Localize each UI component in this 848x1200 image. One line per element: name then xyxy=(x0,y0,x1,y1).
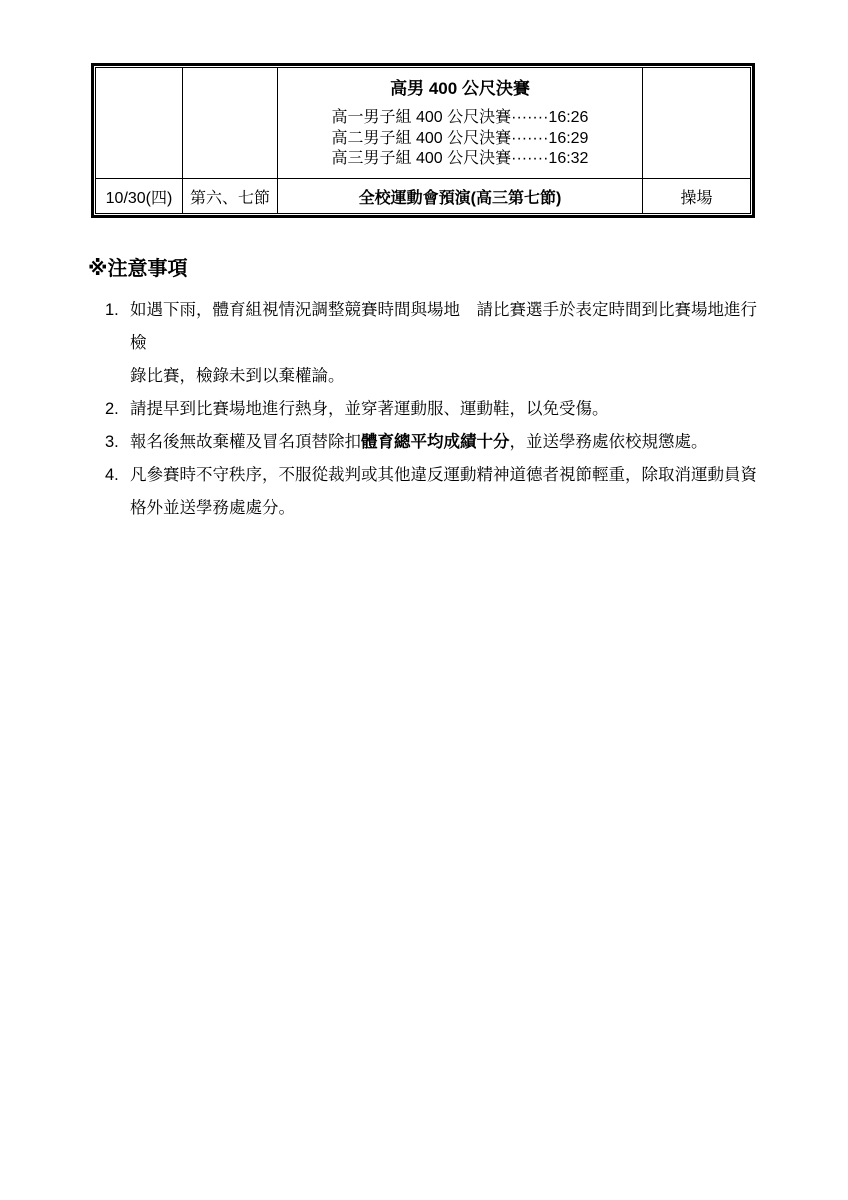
note-line: 錄比賽，檢錄未到以棄權論。 xyxy=(130,360,765,393)
list-item-text: 請提早到比賽場地進行熱身，並穿著運動服、運動鞋，以免受傷。 xyxy=(130,393,765,426)
table-cell-date: 10/30(四) xyxy=(96,179,183,214)
list-item-text: 報名後無故棄權及冒名頂替除扣體育總平均成績十分，並送學務處依校規懲處。 xyxy=(130,426,765,459)
note-text-bold: 體育總平均成績十分 xyxy=(361,433,510,451)
event-title: 高男 400 公尺決賽 xyxy=(280,79,640,99)
schedule-table: 高男 400 公尺決賽 高一男子組 400 公尺決賽·······16:26 高… xyxy=(91,63,755,218)
list-item-text: 凡參賽時不守秩序，不服從裁判或其他違反運動精神道德者視節輕重，除取消運動員資 格… xyxy=(130,459,765,525)
table-cell-location: 操場 xyxy=(643,179,751,214)
list-item: 4. 凡參賽時不守秩序，不服從裁判或其他違反運動精神道德者視節輕重，除取消運動員… xyxy=(105,459,765,525)
schedule-line: 高二男子組 400 公尺決賽·······16:29 xyxy=(280,129,640,150)
table-cell-date-empty xyxy=(96,68,183,179)
list-item-number: 1. xyxy=(105,294,130,327)
note-line: 報名後無故棄權及冒名頂替除扣體育總平均成績十分，並送學務處依校規懲處。 xyxy=(130,426,765,459)
list-item: 1. 如遇下雨，體育組視情況調整競賽時間與場地 請比賽選手於表定時間到比賽場地進… xyxy=(105,294,765,393)
schedule-table-grid: 高男 400 公尺決賽 高一男子組 400 公尺決賽·······16:26 高… xyxy=(95,67,751,214)
note-line: 格外並送學務處處分。 xyxy=(130,492,765,525)
note-text-post: ，並送學務處依校規懲處。 xyxy=(510,433,708,451)
table-cell-period-empty xyxy=(183,68,278,179)
list-item: 2. 請提早到比賽場地進行熱身，並穿著運動服、運動鞋，以免受傷。 xyxy=(105,393,765,426)
note-line: 請提早到比賽場地進行熱身，並穿著運動服、運動鞋，以免受傷。 xyxy=(130,393,765,426)
table-cell-period: 第六、七節 xyxy=(183,179,278,214)
list-item-number: 3. xyxy=(105,426,130,459)
note-text-pre: 報名後無故棄權及冒名頂替除扣 xyxy=(130,433,361,451)
table-cell-event: 全校運動會預演(高三第七節) xyxy=(278,179,643,214)
list-item-number: 2. xyxy=(105,393,130,426)
list-item-text: 如遇下雨，體育組視情況調整競賽時間與場地 請比賽選手於表定時間到比賽場地進行檢 … xyxy=(130,294,765,393)
note-line: 凡參賽時不守秩序，不服從裁判或其他違反運動精神道德者視節輕重，除取消運動員資 xyxy=(130,459,765,492)
schedule-line: 高一男子組 400 公尺決賽·······16:26 xyxy=(280,108,640,129)
event-schedule-lines: 高一男子組 400 公尺決賽·······16:26 高二男子組 400 公尺決… xyxy=(280,108,640,170)
table-cell-events: 高男 400 公尺決賽 高一男子組 400 公尺決賽·······16:26 高… xyxy=(278,68,643,179)
table-cell-location-empty xyxy=(643,68,751,179)
note-line: 如遇下雨，體育組視情況調整競賽時間與場地 請比賽選手於表定時間到比賽場地進行檢 xyxy=(130,294,765,360)
notes-heading: ※注意事項 xyxy=(88,257,187,281)
schedule-line: 高三男子組 400 公尺決賽·······16:32 xyxy=(280,149,640,170)
table-row-events: 高男 400 公尺決賽 高一男子組 400 公尺決賽·······16:26 高… xyxy=(96,68,751,179)
list-item-number: 4. xyxy=(105,459,130,492)
list-item: 3. 報名後無故棄權及冒名頂替除扣體育總平均成績十分，並送學務處依校規懲處。 xyxy=(105,426,765,459)
table-row-rehearsal: 10/30(四) 第六、七節 全校運動會預演(高三第七節) 操場 xyxy=(96,179,751,214)
document-page: 高男 400 公尺決賽 高一男子組 400 公尺決賽·······16:26 高… xyxy=(0,0,848,1200)
notes-list: 1. 如遇下雨，體育組視情況調整競賽時間與場地 請比賽選手於表定時間到比賽場地進… xyxy=(105,294,765,525)
